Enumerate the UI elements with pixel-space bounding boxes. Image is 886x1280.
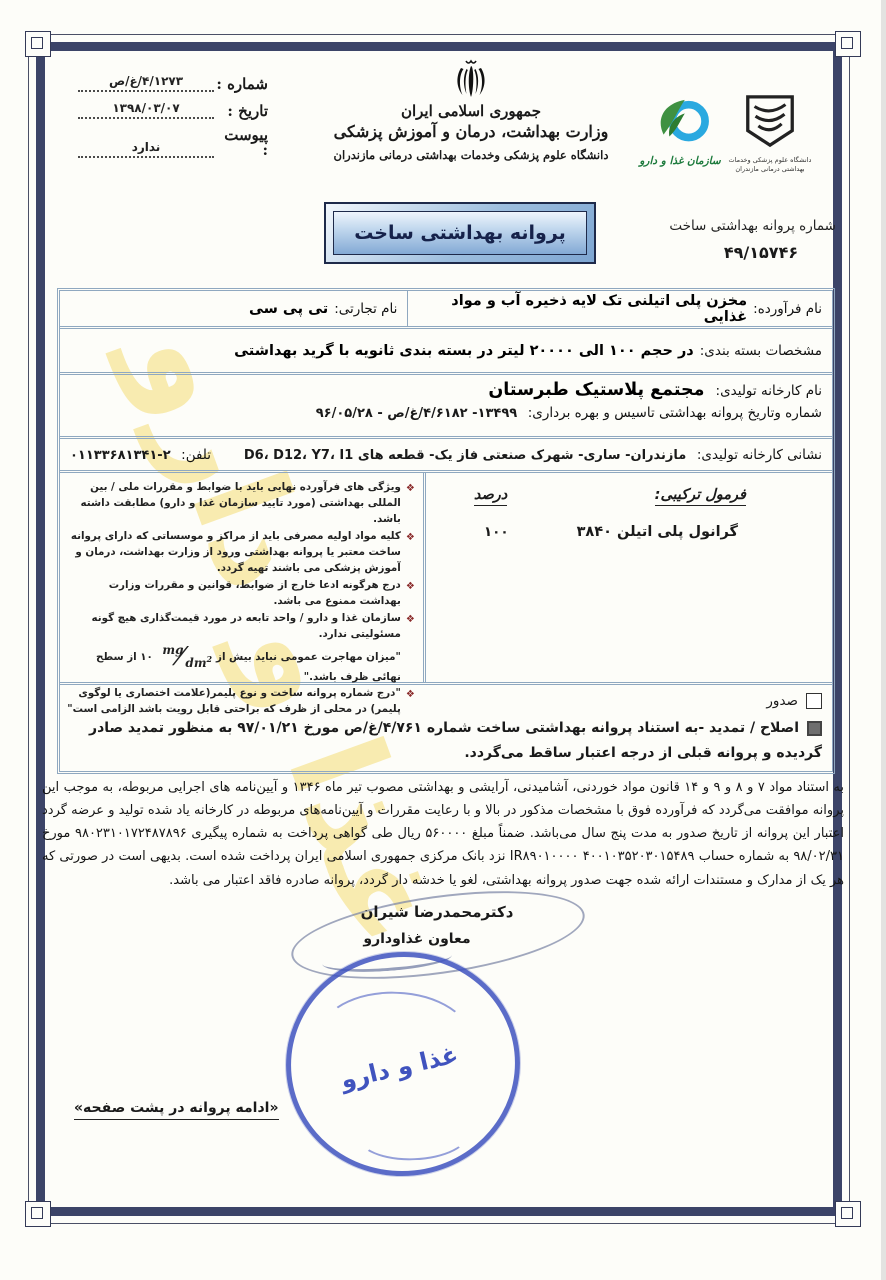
license-number-block: شماره پروانه بهداشتی ساخت ۴۹/۱۵۷۴۶	[640, 218, 836, 262]
scan-edge-artifact	[881, 0, 886, 1280]
formula-ingredient-percent: ۱۰۰	[484, 524, 509, 540]
license-table: نام فرآورده: مخزن پلی اتیلنی تک لایه ذخی…	[57, 288, 835, 774]
formula-percent-label: درصد	[474, 487, 507, 506]
frame-corner-ornament	[25, 31, 51, 57]
row-packaging: مشخصات بسته بندی: در حجم ۱۰۰ الی ۲۰۰۰۰ ل…	[60, 329, 832, 375]
row-product: نام فرآورده: مخزن پلی اتیلنی تک لایه ذخی…	[60, 291, 832, 329]
renewal-checkbox-filled	[807, 721, 822, 736]
diamond-bullet-icon: ❖	[401, 686, 415, 718]
title-banner-text: پروانه بهداشتی ساخت	[333, 211, 587, 255]
formula-title: فرمول ترکیبی:	[655, 487, 746, 506]
diamond-bullet-icon	[401, 644, 415, 686]
diamond-bullet-icon: ❖	[401, 529, 415, 577]
factory-phone: تلفن: ۲-۰۱۱۳۳۶۸۱۳۴۱	[70, 447, 211, 463]
fdo-logo: سازمان غذا و دارو	[634, 96, 726, 167]
legal-paragraph: به استناد مواد ۷ و ۸ و ۹ و ۱۴ قانون مواد…	[42, 776, 844, 892]
establishment-license-label: شماره وتاریخ پروانه بهداشتی تاسیس و بهره…	[528, 405, 822, 421]
product-name-cell: نام فرآورده: مخزن پلی اتیلنی تک لایه ذخی…	[407, 291, 832, 326]
denominator-base: dm	[185, 656, 206, 670]
meta-number-row: شماره : ۴/۱۲۷۳/غ/ص	[78, 74, 268, 92]
university-logo-caption: دانشگاه علوم پزشکی وخدمات بهداشتی درمانی…	[726, 156, 814, 174]
migration-amount: ۱۰	[140, 651, 153, 663]
meta-date-label: تاریخ :	[214, 104, 268, 119]
issuance-checkbox-empty	[806, 693, 822, 709]
meta-number-value: ۴/۱۲۷۳/غ/ص	[78, 74, 214, 92]
migration-text-before: "میزان مهاجرت عمومی نباید بیش از	[216, 651, 401, 663]
note-text: "میزان مهاجرت عمومی نباید بیش از mg⁄dm2 …	[66, 644, 401, 686]
packaging-value: در حجم ۱۰۰ الی ۲۰۰۰۰ لیتر در بسته بندی ث…	[234, 343, 694, 359]
meta-attachment-row: پیوست : ندارد	[78, 128, 268, 158]
continuation-note: «ادامه پروانه در پشت صفحه»	[74, 1100, 279, 1120]
factory-address-value: مازندران- ساری- شهرک صنعتی فاز یک- قطعه …	[358, 448, 686, 463]
letterhead: جمهوری اسلامی ایران وزارت بهداشت، درمان …	[316, 56, 626, 162]
factory-phone-value: ۲-۰۱۱۳۳۶۸۱۳۴۱	[70, 448, 171, 463]
formula-denominator: dm2	[185, 653, 212, 673]
note-item: ❖ درج هرگونه ادعا خارج از ضوابط، قوانین …	[66, 578, 415, 610]
diamond-bullet-icon: ❖	[401, 480, 415, 528]
denominator-exponent: 2	[207, 654, 213, 664]
header-ministry: وزارت بهداشت، درمان و آموزش پزشکی	[316, 122, 626, 141]
mg-per-dm2-formula: mg⁄dm2	[159, 644, 209, 670]
signatory-name: دکترمحمدرضا شیران	[352, 903, 522, 921]
note-item: ❖ ویژگی های فرآورده نهایی باید با ضوابط …	[66, 480, 415, 528]
trade-name-label: نام تجارتی:	[334, 301, 397, 317]
diamond-bullet-icon: ❖	[401, 611, 415, 643]
document-meta: شماره : ۴/۱۲۷۳/غ/ص تاریخ : ۱۳۹۸/۰۳/۰۷ پی…	[78, 74, 268, 167]
note-text: درج هرگونه ادعا خارج از ضوابط، قوانین و …	[66, 578, 401, 610]
factory-address: نشانی کارخانه تولیدی: مازندران- ساری- شه…	[211, 447, 822, 463]
trade-name-value: تی پی سی	[249, 301, 328, 317]
meta-attachment-label: پیوست :	[214, 128, 268, 158]
packaging-label: مشخصات بسته بندی:	[700, 343, 822, 359]
row-factory: نام کارخانه تولیدی: مجتمع پلاستیک طبرستا…	[60, 375, 832, 439]
renewal-statement: اصلاح / تمدید -به استناد پروانه بهداشتی …	[70, 716, 822, 765]
factory-address-plots: D6، D12، Y7، I1	[244, 448, 353, 463]
factory-address-label: نشانی کارخانه تولیدی:	[697, 447, 822, 463]
product-name-label: نام فرآورده:	[753, 301, 822, 317]
formula-header: فرمول ترکیبی: درصد	[436, 487, 816, 506]
factory-name-value: مجتمع پلاستیک طبرستان	[488, 380, 704, 400]
frame-corner-ornament	[835, 1201, 861, 1227]
header-country: جمهوری اسلامی ایران	[316, 102, 626, 120]
issuance-label: صدور	[766, 693, 798, 709]
renewal-text: اصلاح / تمدید -به استناد پروانه بهداشتی …	[89, 720, 822, 761]
trade-name-cell: نام تجارتی: تی پی سی	[60, 291, 407, 326]
iran-emblem-icon	[453, 56, 489, 100]
note-text: ویژگی های فرآورده نهایی باید با ضوابط و …	[66, 480, 401, 528]
fraction-slash: ⁄	[178, 638, 182, 677]
formula-column: فرمول ترکیبی: درصد گرانول پلی اتیلن ۳۸۴۰…	[423, 473, 832, 682]
note-item-migration: "میزان مهاجرت عمومی نباید بیش از mg⁄dm2 …	[66, 644, 415, 686]
frame-corner-ornament	[25, 1201, 51, 1227]
stamp-arc-decoration	[355, 1104, 471, 1162]
establishment-license-line: شماره وتاریخ پروانه بهداشتی تاسیس و بهره…	[70, 405, 822, 421]
formula-row: گرانول پلی اتیلن ۳۸۴۰ ۱۰۰	[436, 524, 816, 540]
note-text: کلیه مواد اولیه مصرفی باید از مراکز و مو…	[66, 529, 401, 577]
meta-date-row: تاریخ : ۱۳۹۸/۰۳/۰۷	[78, 101, 268, 119]
frame-corner-ornament	[835, 31, 861, 57]
license-number-value: ۴۹/۱۵۷۴۶	[686, 243, 836, 262]
establishment-license-value: ۱۳۴۹۹- ۴/۶۱۸۲/غ/ص - ۹۶/۰۵/۲۸	[316, 406, 517, 421]
signatory-title: معاون غذاودارو	[342, 931, 492, 947]
fdo-logo-label: سازمان غذا و دارو	[634, 155, 726, 167]
meta-attachment-value: ندارد	[78, 140, 214, 158]
factory-phone-label: تلفن:	[181, 447, 211, 463]
product-name-value: مخزن پلی اتیلنی تک لایه ذخیره آب و مواد …	[418, 293, 747, 325]
license-document: غذا و دارو شماره : ۴/۱۲۷۳/غ/ص تاریخ : ۱۳…	[0, 0, 886, 1280]
factory-name-label: نام کارخانه تولیدی:	[716, 383, 822, 399]
university-logo-icon	[739, 92, 801, 150]
fdo-logo-icon	[646, 96, 714, 150]
row-formula-notes: فرمول ترکیبی: درصد گرانول پلی اتیلن ۳۸۴۰…	[60, 473, 832, 685]
header-university: دانشگاه علوم پزشکی وخدمات بهداشتی درمانی…	[316, 148, 626, 162]
meta-date-value: ۱۳۹۸/۰۳/۰۷	[78, 101, 214, 119]
university-logo: دانشگاه علوم پزشکی وخدمات بهداشتی درمانی…	[726, 92, 814, 174]
row-address: نشانی کارخانه تولیدی: مازندران- ساری- شه…	[60, 439, 832, 473]
note-item: ❖ "درج شماره پروانه ساخت و نوع پلیمر(علا…	[66, 686, 415, 718]
factory-name-line: نام کارخانه تولیدی: مجتمع پلاستیک طبرستا…	[70, 380, 822, 400]
note-text: سازمان غذا و دارو / واحد تابعه در مورد ق…	[66, 611, 401, 643]
title-banner: پروانه بهداشتی ساخت	[324, 202, 596, 264]
note-text: "درج شماره پروانه ساخت و نوع پلیمر(علامت…	[66, 686, 401, 718]
meta-number-label: شماره :	[214, 77, 268, 92]
diamond-bullet-icon: ❖	[401, 578, 415, 610]
note-item: ❖ کلیه مواد اولیه مصرفی باید از مراکز و …	[66, 529, 415, 577]
formula-ingredient: گرانول پلی اتیلن ۳۸۴۰	[577, 524, 738, 540]
license-number-label: شماره پروانه بهداشتی ساخت	[640, 218, 836, 234]
note-item: ❖ سازمان غذا و دارو / واحد تابعه در مورد…	[66, 611, 415, 643]
notes-column: ❖ ویژگی های فرآورده نهایی باید با ضوابط …	[60, 473, 423, 682]
